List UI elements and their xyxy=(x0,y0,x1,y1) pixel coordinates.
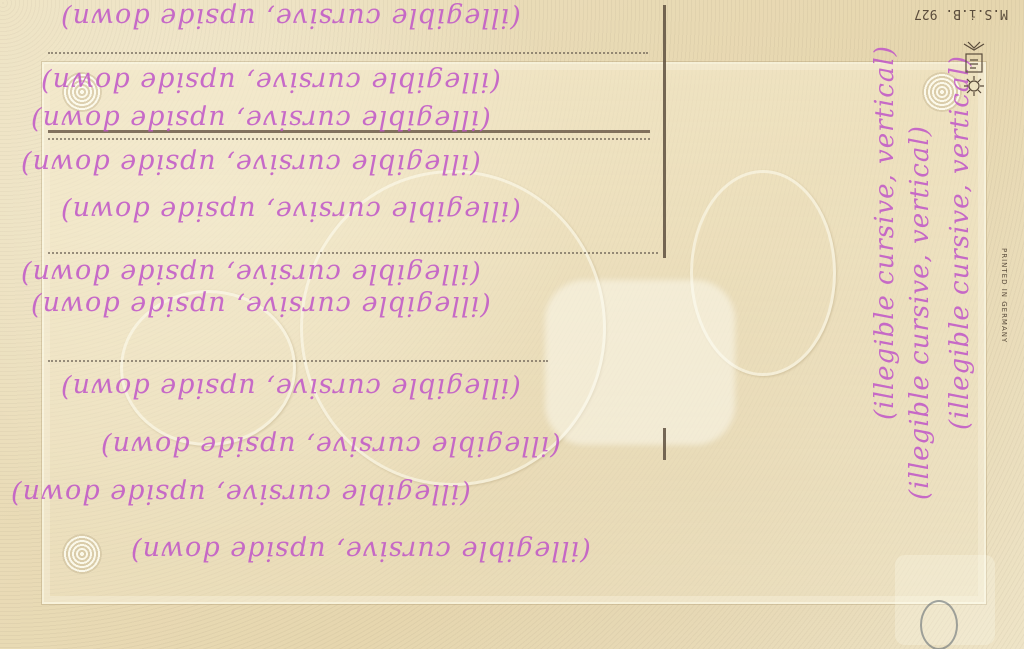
spiral-corner-ornament xyxy=(62,534,102,574)
handwriting-line: (illegible cursive, upside down) xyxy=(130,535,591,566)
handwriting-line: (illegible cursive, upside down) xyxy=(10,478,471,509)
handwriting-line: (illegible cursive, upside down) xyxy=(40,66,501,97)
postcard-back: (illegible cursive, upside down) (illegi… xyxy=(0,0,1024,649)
printed-in-label: PRINTED IN GERMANY xyxy=(1000,248,1008,343)
margin-handwriting: (illegible cursive, vertical) xyxy=(870,45,900,420)
handwriting-line: (illegible cursive, upside down) xyxy=(30,290,491,321)
writing-line xyxy=(48,138,650,140)
center-divider xyxy=(663,428,666,460)
publisher-code: M.S.i.B. 927 xyxy=(914,6,1008,21)
writing-line xyxy=(48,252,658,254)
handwriting-line: (illegible cursive, upside down) xyxy=(100,430,561,461)
handwriting-line: (illegible cursive, upside down) xyxy=(30,104,491,135)
margin-handwriting: (illegible cursive, vertical) xyxy=(905,125,935,500)
writing-line xyxy=(48,360,548,362)
embossed-highlight xyxy=(545,280,735,445)
margin-handwriting: (illegible cursive, vertical) xyxy=(945,55,975,430)
writing-line xyxy=(48,52,648,54)
center-divider xyxy=(663,5,666,258)
handwriting-line: (illegible cursive, upside down) xyxy=(20,258,481,289)
postmark-icon xyxy=(920,600,958,649)
handwriting-line: (illegible cursive, upside down) xyxy=(60,195,521,226)
handwriting-line: (illegible cursive, upside down) xyxy=(20,148,481,179)
publisher-logo-icon xyxy=(960,40,988,100)
handwriting-line: (illegible cursive, upside down) xyxy=(60,2,521,33)
handwriting-line: (illegible cursive, upside down) xyxy=(60,372,521,403)
